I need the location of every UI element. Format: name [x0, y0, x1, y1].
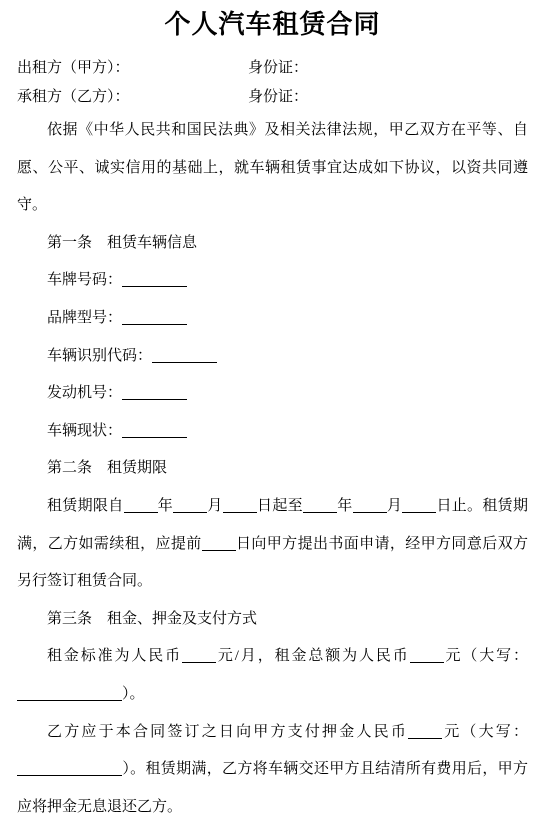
- field-line: 车辆现状：: [17, 413, 528, 451]
- blank-underline: [152, 361, 217, 363]
- party-name-label: 出租方（甲方）：: [17, 54, 248, 83]
- blank-underline: [122, 285, 187, 287]
- blank-underline: [182, 661, 216, 663]
- blank-underline: [202, 549, 236, 551]
- contract-paragraph: 租赁期限自年月日起至年月日止。租赁期满，乙方如需续租，应提前日向甲方提出书面申请…: [17, 488, 528, 601]
- text-run: 第三条 租金、押金及支付方式: [47, 611, 257, 627]
- field-line: 发动机号：: [17, 375, 528, 413]
- text-run: 依据《中华人民共和国民法典》及相关法律法规，甲乙双方在平等、自愿、公平、诚实信用…: [17, 122, 528, 213]
- contract-paragraph: 租金标准为人民币元/月，租金总额为人民币元（大写：）。: [17, 638, 528, 713]
- text-run: 月: [207, 498, 223, 514]
- text-run: ）。: [122, 686, 145, 702]
- blank-underline: [223, 511, 257, 513]
- section-heading: 第三条 租金、押金及支付方式: [17, 601, 528, 639]
- text-run: ）。租赁期满，乙方将车辆交还甲方且结清所有费用后，甲方应将押金无息退还乙方。: [17, 761, 528, 815]
- blank-underline: [408, 737, 442, 739]
- text-run: 车辆识别代码：: [47, 348, 152, 364]
- text-run: 元（大写：: [444, 648, 528, 664]
- blank-underline: [402, 511, 436, 513]
- text-run: 月: [387, 498, 403, 514]
- text-run: 乙方应于本合同签订之日向甲方支付押金人民币: [47, 724, 408, 740]
- id-number-label: 身份证：: [248, 54, 308, 83]
- blank-underline: [124, 511, 158, 513]
- text-run: 车辆现状：: [47, 423, 122, 439]
- field-line: 车牌号码：: [17, 262, 528, 300]
- blank-underline: [122, 323, 187, 325]
- section-heading: 第一条 租赁车辆信息: [17, 225, 528, 263]
- blank-underline: [17, 699, 122, 701]
- blank-underline: [17, 774, 122, 776]
- field-line: 车辆识别代码：: [17, 338, 528, 376]
- text-run: 元（大写：: [442, 724, 528, 740]
- blank-underline: [122, 436, 187, 438]
- blank-underline: [410, 661, 444, 663]
- party-row: 出租方（甲方）：身份证：: [17, 54, 528, 83]
- text-run: 租赁期限自: [47, 498, 124, 514]
- blank-underline: [303, 511, 337, 513]
- text-run: 车牌号码：: [47, 272, 122, 288]
- contract-page: 个人汽车租赁合同 出租方（甲方）：身份证：承租方（乙方）：身份证：依据《中华人民…: [0, 0, 545, 830]
- text-run: 元/月，租金总额为人民币: [216, 648, 410, 664]
- text-run: 租金标准为人民币: [47, 648, 182, 664]
- party-row: 承租方（乙方）：身份证：: [17, 83, 528, 112]
- text-run: 年: [158, 498, 174, 514]
- blank-underline: [122, 398, 187, 400]
- contract-paragraph: 依据《中华人民共和国民法典》及相关法律法规，甲乙双方在平等、自愿、公平、诚实信用…: [17, 112, 528, 225]
- text-run: 发动机号：: [47, 385, 122, 401]
- id-number-label: 身份证：: [248, 83, 308, 112]
- text-run: 第二条 租赁期限: [47, 460, 167, 476]
- field-line: 品牌型号：: [17, 300, 528, 338]
- section-heading: 第二条 租赁期限: [17, 450, 528, 488]
- contract-body: 出租方（甲方）：身份证：承租方（乙方）：身份证：依据《中华人民共和国民法典》及相…: [17, 54, 528, 826]
- contract-paragraph: 乙方应于本合同签订之日向甲方支付押金人民币元（大写：）。租赁期满，乙方将车辆交还…: [17, 714, 528, 827]
- text-run: 年: [337, 498, 353, 514]
- contract-title: 个人汽车租赁合同: [17, 8, 528, 42]
- text-run: 第一条 租赁车辆信息: [47, 235, 197, 251]
- text-run: 日起至: [257, 498, 303, 514]
- party-name-label: 承租方（乙方）：: [17, 83, 248, 112]
- blank-underline: [173, 511, 207, 513]
- blank-underline: [353, 511, 387, 513]
- text-run: 品牌型号：: [47, 310, 122, 326]
